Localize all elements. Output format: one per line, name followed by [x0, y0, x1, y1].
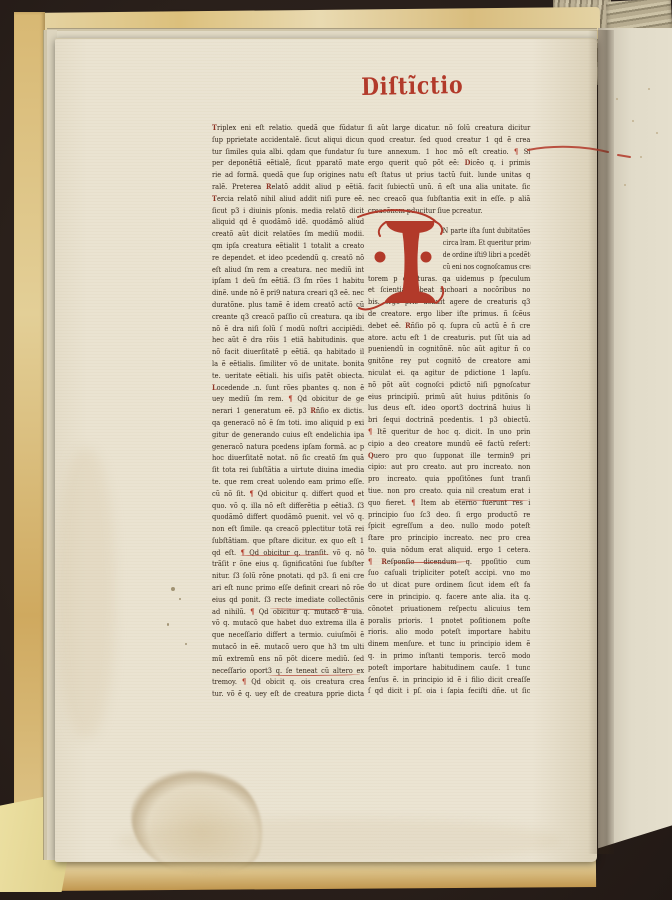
- text-line: ſi aũt large dicatur. nõ ſolũ creatura d…: [368, 122, 530, 134]
- foxing-speck: [648, 88, 650, 90]
- text-line: per deponẽtiã eẽtialẽ, ſicut pparatõ mat…: [212, 157, 364, 169]
- text-column-left: Triplex eni eſt relatio. quedã que fũdat…: [212, 122, 364, 700]
- decorated-initial-I: I: [356, 205, 446, 317]
- text-line: la ẽ eẽtialis. ſimiliter võ de unitate. …: [212, 358, 364, 370]
- foxing-speck: [624, 184, 626, 186]
- ink-speck: [179, 598, 181, 600]
- text-line: trãſit r õne eius q. ſignificatõni ſue ſ…: [212, 558, 364, 570]
- text-line: cipio: aut pro creato. aut pro increato.…: [368, 461, 530, 473]
- text-line: atore. actu eſt 1 de creaturis. put ſũt …: [368, 332, 530, 344]
- water-stain: [57, 448, 115, 738]
- text-line: ergo querit quõ põt eẽ: Dicẽo q. i primi…: [368, 157, 530, 169]
- text-line: non eſt ſimile. qa creacõ pplectitur tot…: [212, 523, 364, 535]
- text-line: ſenſus ẽ. in principio id ẽ i filio dici…: [368, 674, 530, 686]
- text-line: tur. võ ẽ q. uey eſt de creatura pprie d…: [212, 688, 364, 700]
- text-line: võ q. mutacõ que habet duo extrema illa …: [212, 617, 364, 629]
- text-line: generacõ natura pcedens ipſam formã. ac …: [212, 441, 364, 453]
- text-line: cere in principio. q. facere ante alia. …: [368, 591, 530, 603]
- text-line: dinẽ. unde nõ ẽ pri9 natura creari q3 eẽ…: [212, 287, 364, 299]
- text-line: Triplex eni eſt relatio. quedã que fũdat…: [212, 122, 364, 134]
- text-line: tremoy. ¶ Qd obicit q. ois creatura crea: [212, 676, 364, 688]
- ink-speck: [167, 623, 169, 626]
- text-line: qa generacõ nõ ẽ ſm toti. imo aliquid p …: [212, 417, 364, 429]
- text-line: pueniendũ in cognitõnẽ. nũc aũt agitur ñ…: [368, 343, 530, 355]
- text-line: cũ nõ ſit. ¶ Qd obicitur q. differt quod…: [212, 488, 364, 500]
- water-stain: [117, 818, 562, 864]
- running-header: Diſtĩctio: [361, 70, 464, 101]
- stained-leaf-edge-left: [14, 12, 45, 874]
- text-line: rioris. alio modo poteſt importare habit…: [368, 626, 530, 638]
- text-line: Quero pro quo ſupponat ille termin9 pri: [368, 450, 530, 462]
- text-line: lus deus eſt. ideo oport3 doctrinã huius…: [368, 402, 530, 414]
- text-line: ſubſtãtiam. que pſtare dicitur. ex quo e…: [212, 535, 364, 547]
- text-line: niculat ei. qa agitur de pdictione 1 lap…: [368, 367, 530, 379]
- foxing-speck: [616, 98, 618, 100]
- lombard-initial-artwork: [356, 205, 446, 317]
- text-line: ſicut p3 i diuinis pſonis. media relatõ …: [212, 205, 364, 217]
- text-line: nõ põt aũt cognoſci pdictõ niſi pgnoſcat…: [368, 379, 530, 391]
- text-line: bri ſequi doctrinã pcedentis. 1 p3 obiec…: [368, 414, 530, 426]
- text-line: do ut dicat pure ordinem ſicut idem eſt …: [368, 579, 530, 591]
- text-line: eſt ſtatus ut prius tactũ fuit. lunde un…: [368, 169, 530, 181]
- main-page: Diſtĩctio Triplex eni eſt relatio. quedã…: [55, 38, 597, 862]
- text-line: aliquid qd ẽ quodãmõ idẽ. quodãmõ aliud: [212, 216, 364, 228]
- foxing-speck: [640, 156, 642, 158]
- text-line: nerari 1 generatum eẽ. p3 Rñſio ex dicti…: [212, 405, 364, 417]
- text-line: uey mediũ ſm rem. ¶ Qd obicitur de ge: [212, 393, 364, 405]
- red-annotation-line: [526, 142, 636, 160]
- text-line: nõ ẽ dra niſi ſolũ ſ modũ noſtri accipiẽ…: [212, 323, 364, 335]
- text-line: ſit tota rei ſubſtãtia a uirtute diuina …: [212, 464, 364, 476]
- text-line: re dependet. et ideo pcedendũ q. creatõ …: [212, 252, 364, 264]
- text-line: principio ſuo ſc3 deo. ſi ergo productõ …: [368, 509, 530, 521]
- ink-speck: [171, 587, 175, 591]
- text-line: q. in primo inſtanti temporis. tercõ mod…: [368, 650, 530, 662]
- text-line: tur ſimiles quia albi. qdam que fundatur…: [212, 146, 364, 158]
- foxing-speck: [656, 132, 658, 134]
- text-line: nec creacõ qua ſubſtantia exit in eſſe. …: [368, 193, 530, 205]
- text-line: qm ipſa creatura eẽtialit 1 totalit a cr…: [212, 240, 364, 252]
- text-line: ture annexum. 1 hoc mõ eſt creatio. ¶ Si: [368, 146, 530, 158]
- text-line: Tercia relatõ nihil aliud addit niſi pur…: [212, 193, 364, 205]
- text-line: ſuo caſuali tripliciter poteſt accipi. v…: [368, 567, 530, 579]
- text-line: cõnotet priuationem reſpectu alicuius te…: [368, 603, 530, 615]
- text-line: creatõ aũt dicit relatões ſm mediũ modii…: [212, 228, 364, 240]
- text-line: gitur de generando cuius eſt endelichia …: [212, 429, 364, 441]
- text-line: te. que rem creat uolendo eam primo eſſe…: [212, 476, 364, 488]
- text-line: ſup pprietate accidentalẽ. ſicut aliqui …: [212, 134, 364, 146]
- text-line: tiue. non pro creato. quia nil creatum e…: [368, 485, 530, 497]
- text-line: quo. võ q. illa nõ eſt differẽtia p eẽti…: [212, 500, 364, 512]
- text-line: debet eẽ. Rñſio põ q. ſupra cũ actũ ẽ ñ …: [368, 320, 530, 332]
- text-line: dinem menſure. et tunc iu principio idem…: [368, 638, 530, 650]
- text-line: eſt aliud ſm rem a creatura. nec mediũ i…: [212, 264, 364, 276]
- text-line: quod creatur. ſed quod creatur 1 qd ẽ cr…: [368, 134, 530, 146]
- text-line: cipio a deo creatore mundũ eẽ factũ refe…: [368, 438, 530, 450]
- ink-speck: [185, 643, 187, 645]
- text-line: facit ſubiectũ unũ. ñ eſt una alia unita…: [368, 181, 530, 193]
- text-line: poteſt importare habitudinem cauſe. 1 tu…: [368, 662, 530, 674]
- text-line: Locedende .n. ſunt rões pbantes q. non ẽ: [212, 382, 364, 394]
- text-line: ¶ Itẽ queritur de hoc q. dicit. In uno p…: [368, 426, 530, 438]
- text-line: mũ extremũ ens nõ põt dicere mediũ. ſed: [212, 653, 364, 665]
- text-line: rie ad formã. quedã que ſup origines nat…: [212, 169, 364, 181]
- text-line: eius principiũ. primũ aũt huius pditõnis…: [368, 391, 530, 403]
- text-line: ipſam 1 deũ ſm eẽtiã. ſ3 ſm rões 1 habit…: [212, 275, 364, 287]
- text-line: ralẽ. Preterea Relatõ addit aliud p eẽti…: [212, 181, 364, 193]
- text-line: mutacõ in eẽ. mutacõ uero que h3 tm ulti: [212, 641, 364, 653]
- text-line: quodãmõ differt quodãmõ puenit. vel võ q…: [212, 511, 364, 523]
- text-line: ari eſt nunc primo eſſe definit creari n…: [212, 582, 364, 594]
- text-line: pro increato. quia ppoſitõnes ſunt tranſ…: [368, 473, 530, 485]
- text-line: poralis prioris. 1 pnotet poſitionem poſ…: [368, 615, 530, 627]
- text-line: ſ qd dicit i pſ. oia i ſapia feciſti dñe…: [368, 685, 530, 697]
- text-line: eius qd ponit. ſ3 recte imediate collect…: [212, 594, 364, 606]
- text-line: te. ueritate eẽtiali. his uiſis patẽt ob…: [212, 370, 364, 382]
- text-line: duratõne. plus tamẽ ẽ idem creatõ actõ c…: [212, 299, 364, 311]
- text-line: creante q3 creacõ paſſio cũ creatura. qa…: [212, 311, 364, 323]
- text-line: ſtare pro principio increato. nec pro cr…: [368, 532, 530, 544]
- text-line: nitur. ſ3 ſolũ rõne pnotati. qd p3. ſi e…: [212, 570, 364, 582]
- text-line: nõ facit diuerſitatẽ p eẽtiã. qa habitad…: [212, 346, 364, 358]
- text-line: ſpicit egreſſum a deo. nullo modo poteſt: [368, 520, 530, 532]
- foxing-speck: [632, 120, 634, 122]
- text-line: hec aũt ẽ dra rõis 1 etiã habitudinis. q…: [212, 334, 364, 346]
- text-line: que neceſſario differt a termio. cuiuſmõ…: [212, 629, 364, 641]
- text-line: gnitõne rey put cognitõ de creatore ami: [368, 355, 530, 367]
- text-line: to. quia nõdum erat aliquid. ergo 1 cete…: [368, 544, 530, 556]
- text-line: hoc diuerſitatẽ notat. nõ ſic creatõ ſm …: [212, 452, 364, 464]
